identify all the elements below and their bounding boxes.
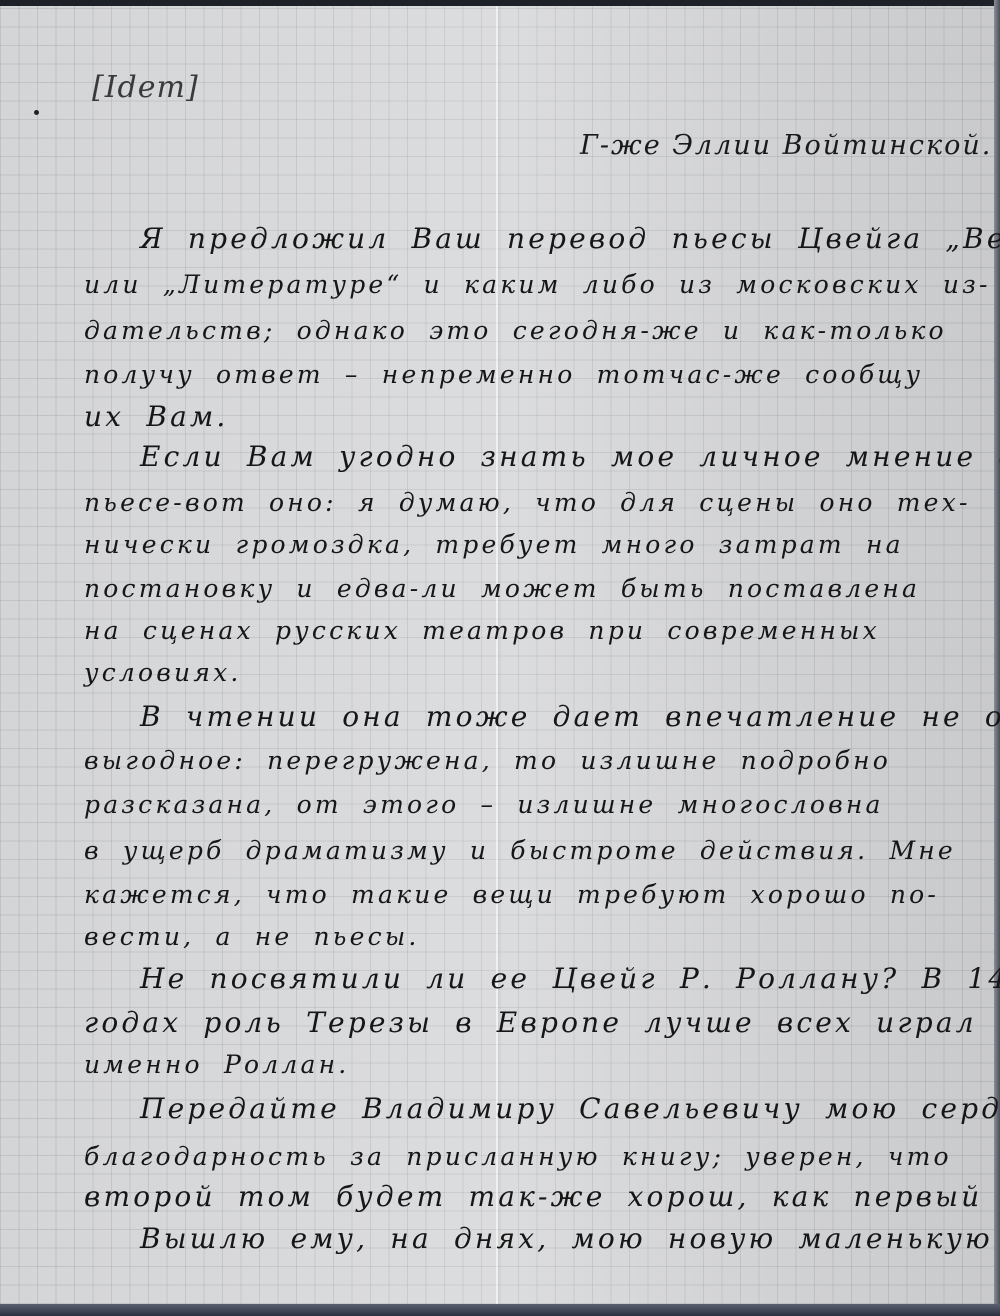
letter-line: условиях. (84, 658, 242, 687)
letter-line: нически громоздка, требует много затрат … (84, 530, 904, 559)
letter-line: Я предложил Ваш перевод пьесы Цвейга „Ве… (140, 222, 1000, 255)
letter-line: постановку и едва-ли может быть поставле… (84, 574, 920, 603)
letter-line: Не посвятили ли ее Цвейг Р. Роллану? В 1… (140, 962, 1000, 995)
letter-line: Вышлю ему, на днях, мою новую маленькую (140, 1222, 993, 1255)
letter-line: благодарность за присланную книгу; увере… (84, 1142, 952, 1171)
letter-line: получу ответ – непременно тотчас-же сооб… (84, 360, 923, 389)
letter-line: вести, а не пьесы. (84, 922, 420, 951)
addressee-line: Г-же Эллии Войтинской. (580, 130, 992, 161)
letter-line: Если Вам угодно знать мое личное мнение … (140, 440, 1000, 473)
letter-line: их Вам. (84, 400, 229, 433)
letter-line: или „Литературе“ и каким либо из московс… (84, 270, 991, 299)
letter-line: второй том будет так-же хорош, как первы… (84, 1180, 982, 1213)
archival-annotation: [Idem] (92, 70, 199, 105)
letter-line: кажется, что такие вещи требуют хорошо п… (84, 880, 939, 909)
ink-dot (34, 110, 39, 115)
photo-bottom-edge (0, 1304, 1000, 1316)
letter-line: выгодное: перегружена, то излишне подроб… (84, 746, 891, 775)
letter-line: именно Роллан. (84, 1050, 349, 1079)
letter-line: Передайте Владимиру Савельевичу мою серд… (140, 1092, 1000, 1125)
letter-line: в ущерб драматизму и быстроте действия. … (84, 836, 956, 865)
letter-line: годах роль Терезы в Европе лучше всех иг… (84, 1006, 977, 1039)
letter-line: на сценах русских театров при современны… (84, 616, 880, 645)
letter-line: разсказана, от этого – излишне многослов… (84, 790, 884, 819)
letter-line: пьесе-вот оно: я думаю, что для сцены он… (84, 488, 971, 517)
letter-line: В чтении она тоже дает впечатление не оч… (140, 700, 1000, 733)
letter-line: дательств; однако это сегодня-же и как-т… (84, 316, 947, 345)
